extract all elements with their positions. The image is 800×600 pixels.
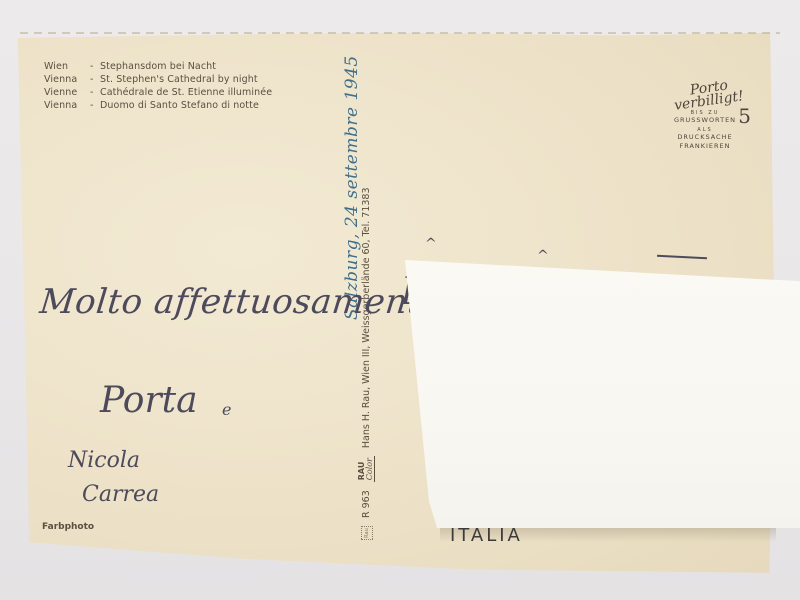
- caption-row-english: Vienna - St. Stephen's Cathedral by nigh…: [44, 73, 272, 86]
- handwritten-address-caret: ^: [537, 248, 549, 264]
- stamp-number: 5: [738, 104, 751, 128]
- publisher-line: Rau R 963 RAU Color Hans H. Rau, Wien II…: [358, 187, 375, 540]
- caption-row-german: Wien - Stephansdom bei Nacht: [44, 60, 272, 73]
- caption-city: Vienna: [44, 73, 90, 86]
- stamp-box: Porto verbilligt! 5 BIS ZU GRUSSWORTEN A…: [655, 82, 755, 162]
- handwritten-conjunction: e: [222, 400, 231, 419]
- caption-text: Stephansdom bei Nacht: [100, 60, 216, 73]
- caption-text: Cathédrale de St. Etienne illuminée: [100, 86, 272, 99]
- stamp-line4: FRANKIEREN: [655, 142, 755, 151]
- caption-block: Wien - Stephansdom bei Nacht Vienna - St…: [44, 60, 272, 112]
- caption-separator: -: [90, 86, 100, 99]
- caption-text: St. Stephen's Cathedral by night: [100, 73, 258, 86]
- stamp-line3: DRUCKSACHE: [655, 133, 755, 142]
- printer-logo-icon: Rau: [361, 526, 373, 540]
- publisher-code: R 963: [361, 490, 372, 518]
- blank-paper-overlay: [405, 260, 800, 528]
- rau-logo-bottom: Color: [366, 458, 374, 480]
- caption-text: Duomo di Santo Stefano di notte: [100, 99, 259, 112]
- caption-separator: -: [90, 60, 100, 73]
- farbphoto-label: Farbphoto: [42, 522, 94, 532]
- caption-city: Vienne: [44, 86, 90, 99]
- caption-city: Wien: [44, 60, 90, 73]
- handwritten-signature-2-last: Carrea: [82, 482, 159, 507]
- caption-row-french: Vienne - Cathédrale de St. Etienne illum…: [44, 86, 272, 99]
- rau-color-logo: RAU Color: [358, 456, 375, 482]
- handwritten-greeting: Molto affettuosamente: [38, 282, 445, 322]
- handwritten-address-caret: ^: [425, 236, 437, 252]
- postcard-worn-edge: [20, 32, 780, 34]
- caption-row-italian: Vienna - Duomo di Santo Stefano di notte: [44, 99, 272, 112]
- handwritten-signature-1: Porta: [100, 380, 198, 421]
- handwritten-country: ITALIA: [450, 525, 523, 546]
- caption-city: Vienna: [44, 99, 90, 112]
- caption-separator: -: [90, 99, 100, 112]
- handwritten-signature-2-first: Nicola: [68, 448, 140, 473]
- caption-separator: -: [90, 73, 100, 86]
